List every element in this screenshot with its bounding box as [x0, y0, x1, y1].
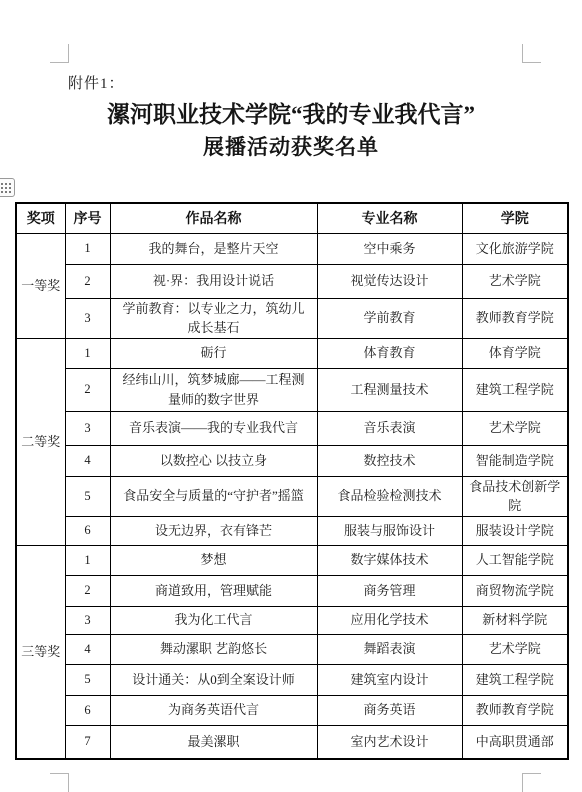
- crop-mark-top-right: [522, 44, 541, 63]
- attachment-label: 附件1：: [68, 72, 125, 93]
- table-row: 7 最美漯职 室内艺术设计 中高职贯通部: [16, 725, 568, 759]
- award-group-cell-second: 二等奖: [16, 338, 65, 545]
- table-row: 一等奖 1 我的舞台，是整片天空 空中乘务 文化旅游学院: [16, 233, 568, 264]
- crop-mark-bottom-left: [50, 773, 69, 792]
- work-title-cell: 舞动漯职 艺韵悠长: [110, 634, 317, 664]
- college-cell: 建筑工程学院: [462, 368, 568, 411]
- work-title-cell: 我为化工代言: [110, 606, 317, 634]
- serial-cell: 5: [65, 664, 110, 695]
- work-title-cell: 我的舞台，是整片天空: [110, 233, 317, 264]
- major-cell: 体育教育: [317, 338, 462, 368]
- work-title-cell: 视·界：我用设计说话: [110, 264, 317, 298]
- major-cell: 音乐表演: [317, 411, 462, 445]
- work-title-cell: 砺行: [110, 338, 317, 368]
- serial-cell: 1: [65, 338, 110, 368]
- college-cell: 艺术学院: [462, 634, 568, 664]
- table-row: 2 视·界：我用设计说话 视觉传达设计 艺术学院: [16, 264, 568, 298]
- table-header-row: 奖项 序号 作品名称 专业名称 学院: [16, 203, 568, 233]
- major-cell: 视觉传达设计: [317, 264, 462, 298]
- table-row: 3 音乐表演——我的专业我代言 音乐表演 艺术学院: [16, 411, 568, 445]
- college-cell: 服装设计学院: [462, 516, 568, 545]
- college-cell: 建筑工程学院: [462, 664, 568, 695]
- college-cell: 商贸物流学院: [462, 575, 568, 606]
- serial-cell: 3: [65, 606, 110, 634]
- work-title-cell: 梦想: [110, 545, 317, 575]
- major-cell: 应用化学技术: [317, 606, 462, 634]
- page-title-line1: 漯河职业技术学院“我的专业我代言”: [0, 96, 582, 129]
- serial-cell: 2: [65, 368, 110, 411]
- college-cell: 智能制造学院: [462, 445, 568, 476]
- serial-cell: 7: [65, 725, 110, 759]
- major-cell: 室内艺术设计: [317, 725, 462, 759]
- major-cell: 商务管理: [317, 575, 462, 606]
- serial-cell: 4: [65, 634, 110, 664]
- college-cell: 教师教育学院: [462, 298, 568, 338]
- column-header-work: 作品名称: [110, 203, 317, 233]
- page-title-line2: 展播活动获奖名单: [0, 131, 582, 161]
- work-title-cell: 设无边界，衣有锋芒: [110, 516, 317, 545]
- major-cell: 空中乘务: [317, 233, 462, 264]
- work-title-cell: 经纬山川，筑梦城廊——工程测量师的数字世界: [110, 368, 317, 411]
- crop-mark-top-left: [50, 44, 69, 63]
- dot-grid-icon: [1, 183, 3, 185]
- serial-cell: 6: [65, 516, 110, 545]
- college-cell: 体育学院: [462, 338, 568, 368]
- serial-cell: 1: [65, 545, 110, 575]
- work-title-cell: 学前教育：以专业之力，筑幼儿成长基石: [110, 298, 317, 338]
- serial-cell: 1: [65, 233, 110, 264]
- table-move-handle-icon[interactable]: [0, 178, 15, 197]
- table-row: 三等奖 1 梦想 数字媒体技术 人工智能学院: [16, 545, 568, 575]
- major-cell: 服装与服饰设计: [317, 516, 462, 545]
- column-header-award: 奖项: [16, 203, 65, 233]
- award-group-cell-third: 三等奖: [16, 545, 65, 759]
- table-row: 4 舞动漯职 艺韵悠长 舞蹈表演 艺术学院: [16, 634, 568, 664]
- work-title-cell: 设计通关：从0到全案设计师: [110, 664, 317, 695]
- college-cell: 教师教育学院: [462, 695, 568, 725]
- document-page: { "page": { "attachment_label": "附件1：", …: [0, 0, 582, 792]
- awards-table: 奖项 序号 作品名称 专业名称 学院 一等奖 1 我的舞台，是整片天空 空中乘务…: [15, 202, 569, 760]
- serial-cell: 4: [65, 445, 110, 476]
- work-title-cell: 最美漯职: [110, 725, 317, 759]
- table-row: 6 设无边界，衣有锋芒 服装与服饰设计 服装设计学院: [16, 516, 568, 545]
- work-title-cell: 音乐表演——我的专业我代言: [110, 411, 317, 445]
- college-cell: 中高职贯通部: [462, 725, 568, 759]
- award-group-cell-first: 一等奖: [16, 233, 65, 338]
- college-cell: 人工智能学院: [462, 545, 568, 575]
- table-row: 5 食品安全与质量的“守护者”摇篮 食品检验检测技术 食品技术创新学院: [16, 476, 568, 516]
- column-header-serial: 序号: [65, 203, 110, 233]
- serial-cell: 2: [65, 264, 110, 298]
- table-row: 5 设计通关：从0到全案设计师 建筑室内设计 建筑工程学院: [16, 664, 568, 695]
- serial-cell: 2: [65, 575, 110, 606]
- major-cell: 数控技术: [317, 445, 462, 476]
- column-header-major: 专业名称: [317, 203, 462, 233]
- serial-cell: 3: [65, 298, 110, 338]
- table-row: 2 经纬山川，筑梦城廊——工程测量师的数字世界 工程测量技术 建筑工程学院: [16, 368, 568, 411]
- crop-mark-bottom-right: [522, 773, 541, 792]
- college-cell: 新材料学院: [462, 606, 568, 634]
- major-cell: 数字媒体技术: [317, 545, 462, 575]
- major-cell: 食品检验检测技术: [317, 476, 462, 516]
- serial-cell: 6: [65, 695, 110, 725]
- work-title-cell: 商道致用，管理赋能: [110, 575, 317, 606]
- major-cell: 建筑室内设计: [317, 664, 462, 695]
- work-title-cell: 为商务英语代言: [110, 695, 317, 725]
- table-row: 4 以数控心 以技立身 数控技术 智能制造学院: [16, 445, 568, 476]
- college-cell: 艺术学院: [462, 264, 568, 298]
- column-header-college: 学院: [462, 203, 568, 233]
- work-title-cell: 以数控心 以技立身: [110, 445, 317, 476]
- serial-cell: 3: [65, 411, 110, 445]
- work-title-cell: 食品安全与质量的“守护者”摇篮: [110, 476, 317, 516]
- table-row: 2 商道致用，管理赋能 商务管理 商贸物流学院: [16, 575, 568, 606]
- table-row: 6 为商务英语代言 商务英语 教师教育学院: [16, 695, 568, 725]
- major-cell: 商务英语: [317, 695, 462, 725]
- major-cell: 工程测量技术: [317, 368, 462, 411]
- table-row: 二等奖 1 砺行 体育教育 体育学院: [16, 338, 568, 368]
- major-cell: 学前教育: [317, 298, 462, 338]
- college-cell: 艺术学院: [462, 411, 568, 445]
- college-cell: 文化旅游学院: [462, 233, 568, 264]
- college-cell: 食品技术创新学院: [462, 476, 568, 516]
- table-row: 3 我为化工代言 应用化学技术 新材料学院: [16, 606, 568, 634]
- major-cell: 舞蹈表演: [317, 634, 462, 664]
- table-row: 3 学前教育：以专业之力，筑幼儿成长基石 学前教育 教师教育学院: [16, 298, 568, 338]
- serial-cell: 5: [65, 476, 110, 516]
